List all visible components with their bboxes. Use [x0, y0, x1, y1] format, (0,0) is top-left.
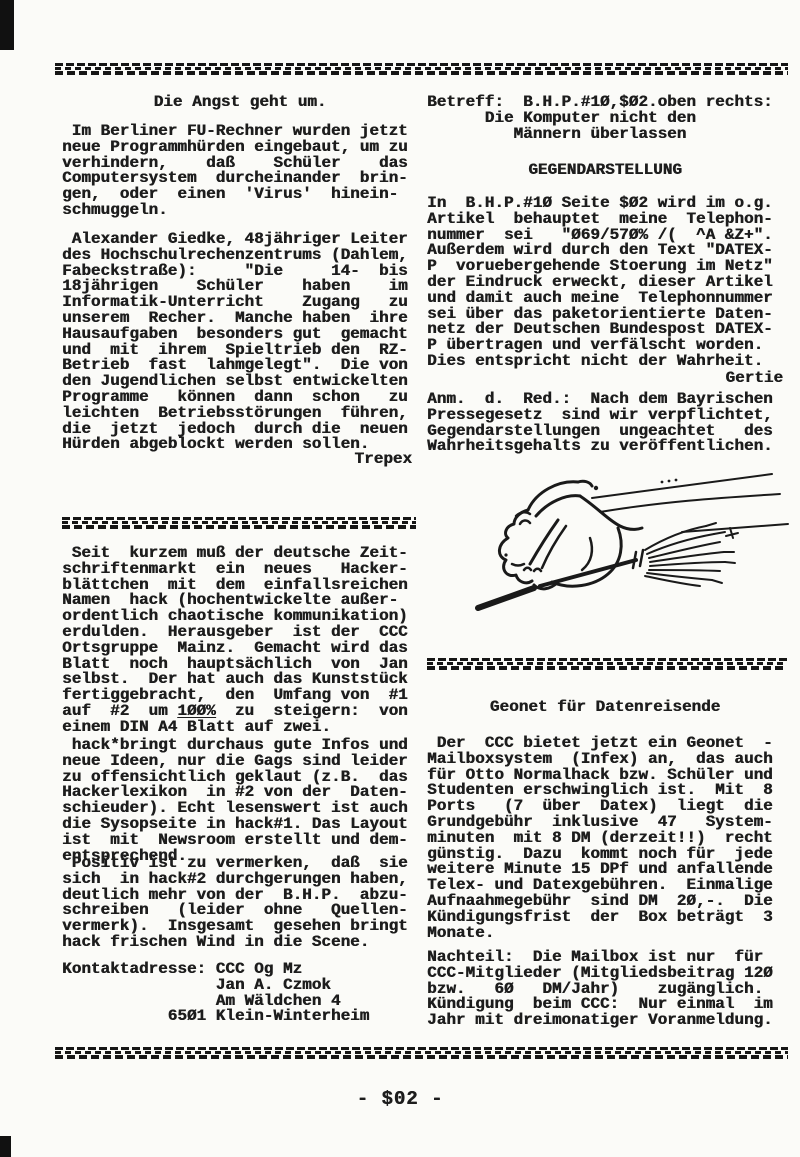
geonet-nachteil-paragraph: Nachteil: Die Mailbox ist nur für CCC-Mi…	[427, 950, 773, 1029]
geonet-title: Geonet für Datenreisende	[427, 700, 783, 716]
gegendarstellung-signature: Gertie	[427, 371, 783, 387]
betreff-block: Betreff: B.H.P.#1Ø,$Ø2.oben rechts: Die …	[427, 95, 773, 142]
scan-edge-mark-bottom	[0, 1136, 11, 1157]
hand-knuckles	[524, 568, 541, 571]
left-column-rule	[62, 516, 416, 529]
gegendarstellung-body: In B.H.P.#1Ø Seite $Ø2 wird im o.g. Arti…	[427, 196, 773, 370]
scan-edge-mark-top	[0, 0, 14, 50]
editor-note: Anm. d. Red.: Nach dem Bayrischen Presse…	[427, 392, 773, 455]
angst-paragraph-1: Im Berliner FU-Rechner wurden jetzt neue…	[62, 124, 408, 219]
geonet-paragraph-1: Der CCC bietet jetzt ein Geonet - Mailbo…	[427, 736, 773, 941]
hack-review-paragraph-1: Seit kurzem muß der deutsche Zeit- schri…	[62, 546, 408, 736]
page-number: - $02 -	[0, 1092, 800, 1108]
top-rule	[55, 62, 788, 75]
angst-paragraph-2: Alexander Giedke, 48jähriger Leiter des …	[62, 232, 408, 453]
article-title-die-angst: Die Angst geht um.	[62, 95, 418, 111]
newsletter-page: Die Angst geht um. Im Berliner FU-Rechne…	[0, 0, 800, 1157]
contact-address-block: Kontaktadresse: CCC Og Mz Jan A. Czmok A…	[62, 962, 369, 1025]
bottom-rule	[55, 1046, 788, 1059]
hack-review-p1-pre: Seit kurzem muß der deutsche Zeit- schri…	[62, 544, 408, 720]
angst-signature: Trepex	[62, 452, 412, 468]
gegendarstellung-heading: GEGENDARSTELLUNG	[427, 163, 783, 179]
hack-review-paragraph-2: hack*bringt durchaus gute Infos und neue…	[62, 738, 408, 864]
witch-on-broom-drawing	[440, 468, 790, 683]
hack-review-paragraph-3: Positiv ist zu vermerken, daß sie sich i…	[62, 856, 408, 951]
